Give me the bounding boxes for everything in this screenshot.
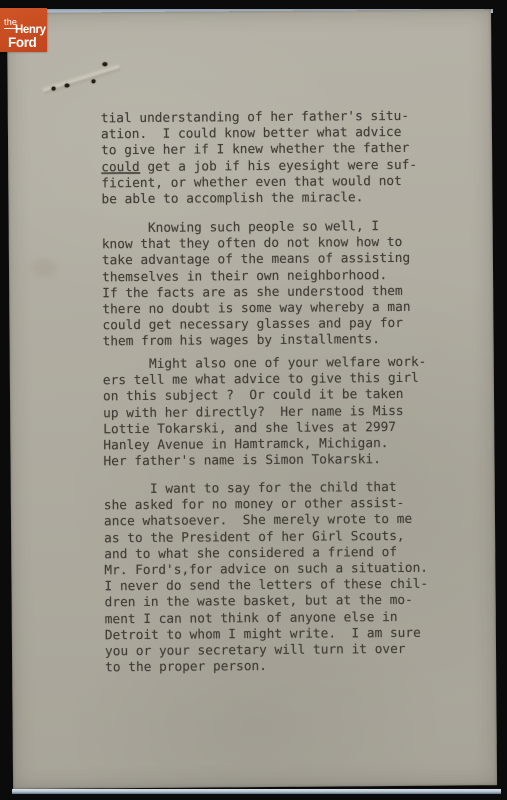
typed-underline xyxy=(101,172,140,174)
letter-paragraph: Knowing such people so well, I know that… xyxy=(102,219,411,351)
crease-mark xyxy=(42,63,121,97)
letter-page: tial understanding of her father's situ-… xyxy=(7,9,497,789)
staple-hole xyxy=(102,62,107,66)
scanner-edge-bottom xyxy=(12,789,501,794)
letter-paragraph: Might also one of your welfare work- ers… xyxy=(103,355,427,471)
staple-hole xyxy=(92,79,96,83)
staple-hole xyxy=(65,84,70,88)
letter-paragraph: tial understanding of her father's situ-… xyxy=(101,109,418,209)
staple-hole xyxy=(52,87,56,91)
scan-background: tial understanding of her father's situ-… xyxy=(0,0,507,800)
logo-word-ford: Ford xyxy=(8,36,36,50)
letter-paragraph: I want to say for the child that she ask… xyxy=(104,480,429,677)
henry-ford-logo: the Henry Ford xyxy=(0,8,47,52)
paper-stain xyxy=(31,259,57,277)
